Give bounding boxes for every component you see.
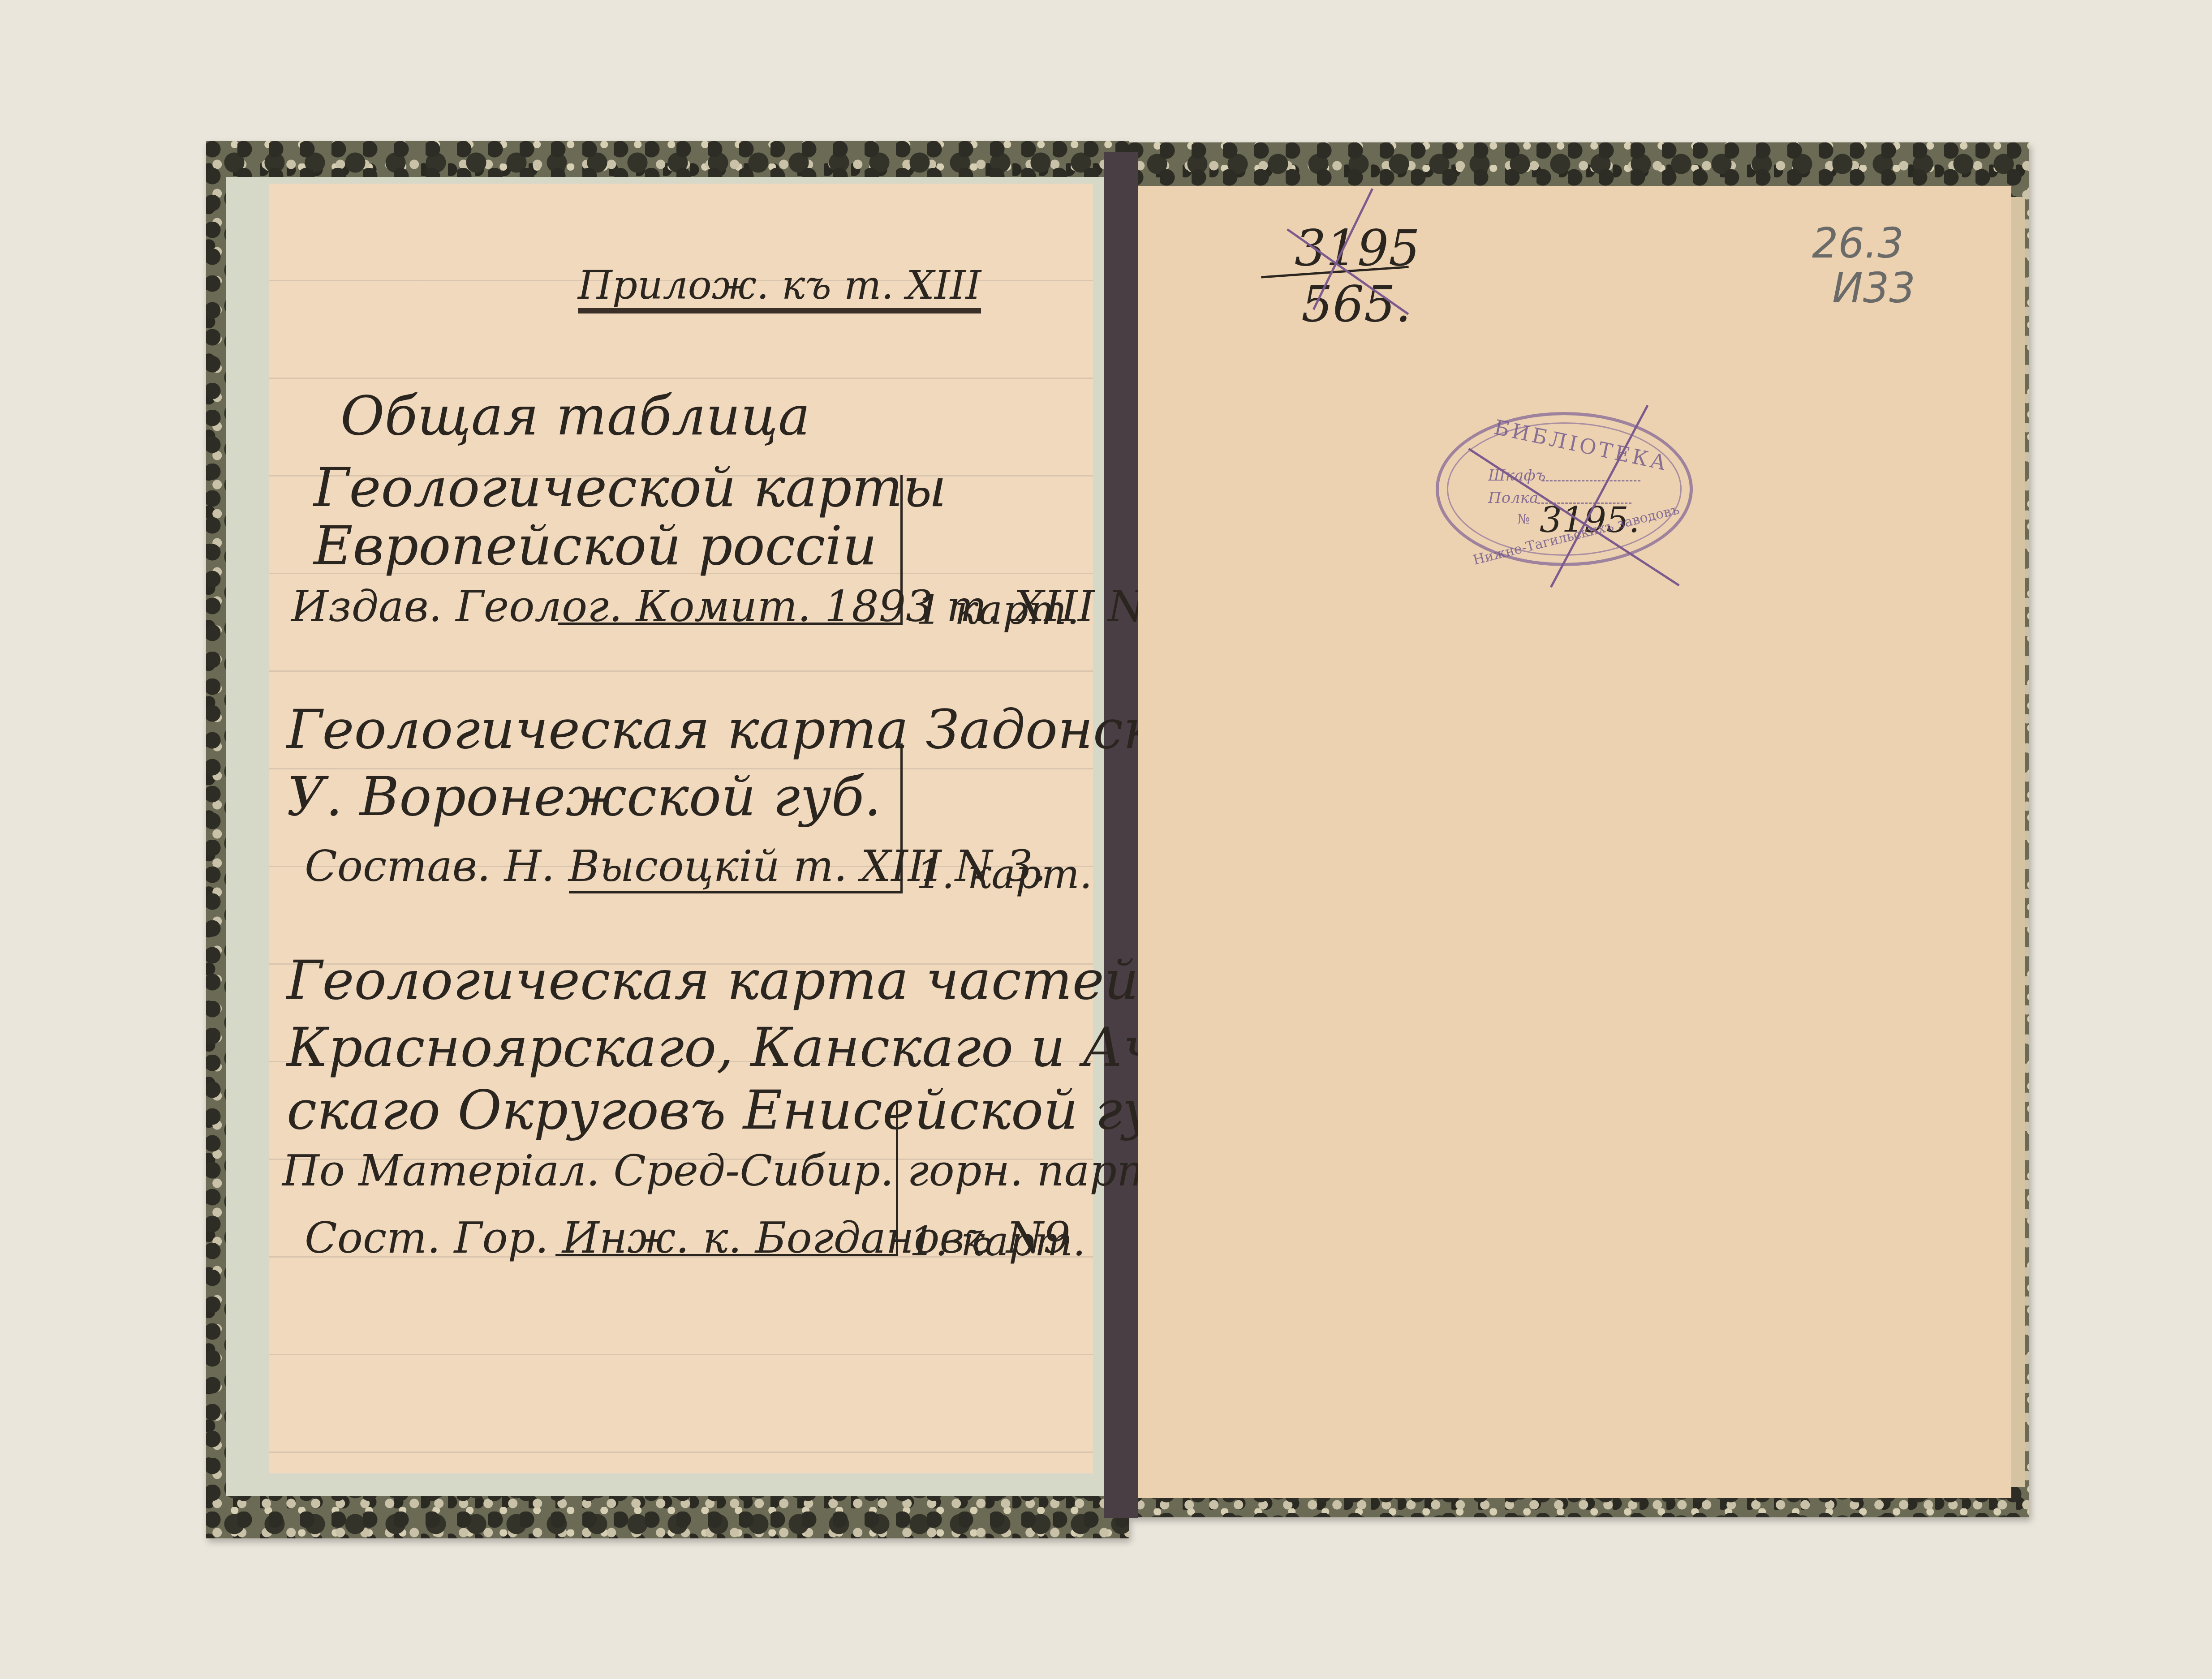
entry-3-line-1: Геологическая карта частей	[287, 949, 1139, 1012]
stamp-field-number: №	[1517, 511, 1530, 527]
entry-1-bracket	[558, 475, 903, 625]
stamp-field-shelf-2: Полка	[1488, 489, 1538, 507]
entry-3-count: 1. карт.	[909, 1218, 1085, 1265]
pencil-shelfmark-1: 26.3	[1812, 219, 1904, 267]
entry-3-bracket	[555, 1102, 898, 1256]
entry-2-count: 1. карт.	[916, 851, 1092, 898]
entry-1-count: 1 карт.	[916, 587, 1080, 634]
entry-1-line-1: Общая таблица	[340, 385, 810, 447]
entry-2-bracket	[569, 743, 903, 893]
book-spine	[1104, 152, 1138, 1518]
entry-3-line-2: Красноярскаго, Канскаго и Ачин-	[287, 1017, 1244, 1079]
library-stamp: БИБЛIОТЕКА Шкафъ Полка № 3195. Нижне-Таг…	[1436, 412, 1693, 566]
pencil-shelfmark-2: И33	[1832, 264, 1915, 312]
sheet-header: Прилож. къ т. XIII	[578, 262, 981, 313]
stamp-field-shelf: Шкафъ	[1488, 467, 1546, 485]
title-page	[1138, 186, 2011, 1498]
